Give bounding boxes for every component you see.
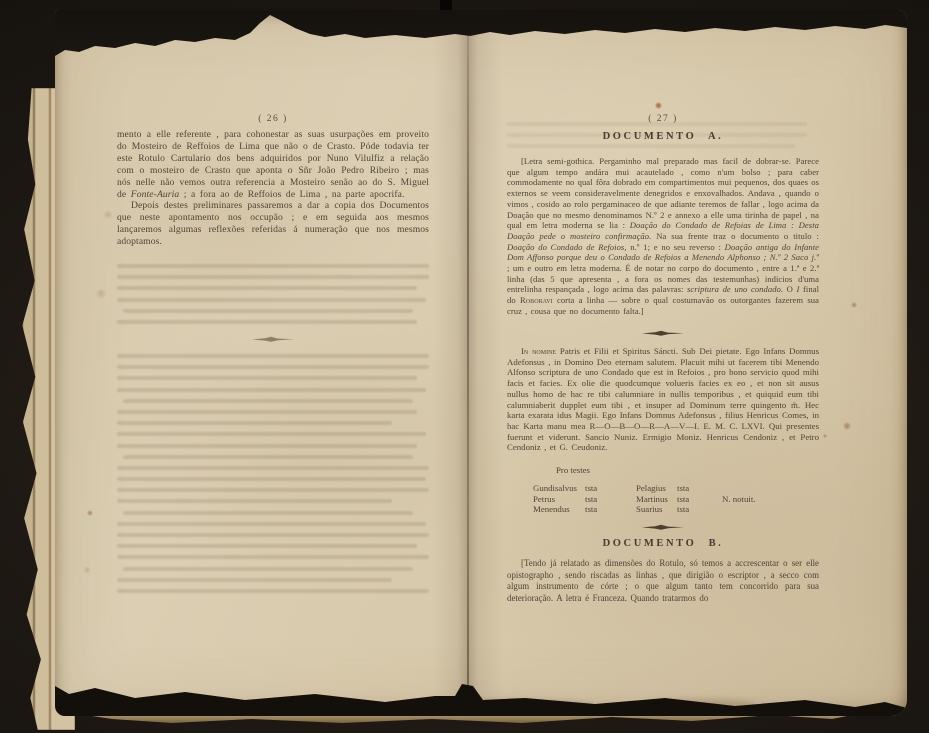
divider-swash-icon [251,336,295,343]
witness-mark: tsta [677,494,722,505]
stain [83,566,91,574]
witness-mark: tsta [677,483,722,494]
stain [655,102,662,109]
paragraph: [Letra semi-gothica. Pergaminho mal prep… [507,156,819,317]
divider-swash-icon [641,330,685,337]
table-row: GundisalvuststaPelagiuststa [533,483,845,494]
paragraph: Depois destes preliminares passaremos a … [117,200,429,248]
witness-mark: tsta [677,504,722,515]
italic-place-name: Fonte-Auria [131,189,180,200]
witness-name: Suarius [636,504,677,515]
table-row: MenenduststaSuariuststa [533,504,845,515]
document-a-description: [Letra semi-gothica. Pergaminho mal prep… [507,156,819,317]
paragraph: In nomine Patris et Filii et Spiritus Sá… [507,346,819,453]
witness-name: Gundisalvus [533,483,585,494]
table-row: PetruststaMartinuststaN. notuit. [533,494,845,505]
document-b-description: [Tendo já relatado as dimensões do Rotul… [507,558,819,605]
witness-name: Menendus [533,504,585,515]
stain [95,288,107,299]
witness-table: GundisalvuststaPelagiuststa PetruststaMa… [533,483,845,515]
divider-ornament [507,524,819,531]
witness-mark: tsta [585,483,636,494]
stain [843,422,851,430]
divider-ornament [507,330,819,337]
book-scan-photo: ( 26 ) mento a elle referente , para coh… [0,0,929,733]
left-page-text-block: mento a elle referente , para cohonestar… [117,129,429,248]
witness-mark: tsta [585,494,636,505]
bleedthrough-text-left-upper [117,264,429,331]
document-b-heading: DOCUMENTO B. [507,538,819,549]
notary-note [722,504,845,515]
latin-charter-text: In nomine Patris et Filii et Spiritus Sá… [507,346,819,453]
witness-caption: Pro testes [556,465,868,475]
witness-name: Martinus [636,494,677,505]
small-caps-roboravi: Roboravi [520,295,553,305]
page-number-left: ( 26 ) [117,114,429,124]
open-book-spread: ( 26 ) mento a elle referente , para coh… [55,10,907,716]
notary-note [722,483,845,494]
stain [103,210,113,219]
witness-name: Pelagius [636,483,677,494]
paragraph: [Tendo já relatado as dimensões do Rotul… [507,558,819,605]
witness-mark: tsta [585,504,636,515]
stain [823,434,827,438]
book-gutter-line [467,28,469,708]
divider-ornament [117,336,429,343]
notary-note: N. notuit. [722,494,845,505]
page-number-right: ( 27 ) [507,114,819,124]
document-a-heading: DOCUMENTO A. [507,131,819,142]
small-caps-in-nomine: In nomine [521,346,556,356]
stain [87,510,93,516]
divider-swash-icon [641,524,685,531]
paragraph-continuation: mento a elle referente , para cohonestar… [117,129,429,200]
stain [851,302,857,308]
bleedthrough-text-left-lower [117,354,429,600]
witness-name: Petrus [533,494,585,505]
